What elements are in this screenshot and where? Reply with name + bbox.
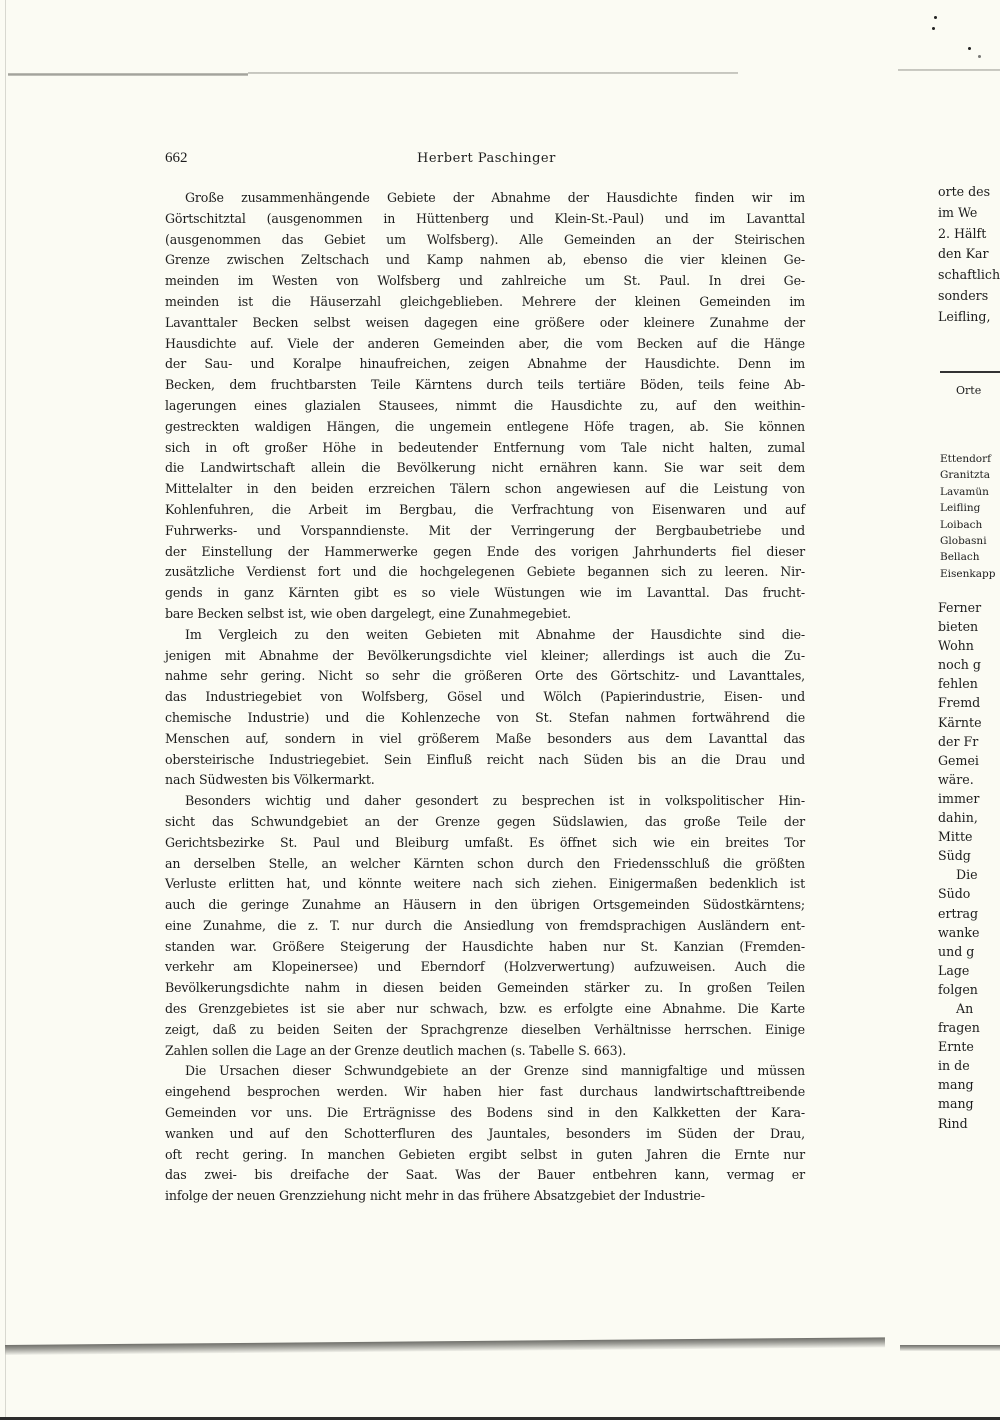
- text-line: Grenze zwischen Zeltschach und Kamp nahm…: [165, 250, 805, 271]
- text-line: nahme sehr gering. Nicht so sehr die grö…: [165, 666, 805, 687]
- facing-table-row: Globasni: [940, 533, 1000, 549]
- text-line: infolge der neuen Grenzziehung nicht meh…: [165, 1186, 805, 1207]
- text-line: das zwei- bis dreifache der Saat. Was de…: [165, 1165, 805, 1186]
- text-line: jenigen mit Abnahme der Bevölkerungsdich…: [165, 646, 805, 667]
- text-line: Mittelalter in den beiden erzreichen Täl…: [165, 479, 805, 500]
- text-line: eingehend besprochen werden. Wir haben h…: [165, 1082, 805, 1103]
- facing-text-line: mang: [938, 1094, 1000, 1113]
- text-line: der Sau- und Koralpe hinaufreichen, zeig…: [165, 354, 805, 375]
- facing-text-line: Südg: [938, 846, 1000, 865]
- running-head-author: Herbert Paschinger: [417, 151, 556, 166]
- body-text: Große zusammenhängende Gebiete der Abnah…: [165, 188, 805, 1207]
- text-line: Hausdichte auf. Viele der anderen Gemein…: [165, 334, 805, 355]
- text-line: meinden ist die Häuserzahl gleichgeblieb…: [165, 292, 805, 313]
- scan-top-edge: [8, 73, 248, 76]
- text-line: Die Ursachen dieser Schwundgebiete an de…: [165, 1061, 805, 1082]
- text-line: Große zusammenhängende Gebiete der Abnah…: [165, 188, 805, 209]
- text-line: auch die geringe Zunahme an Häusern in d…: [165, 895, 805, 916]
- facing-table: EttendorfGranitztaLavamünLeiflingLoibach…: [940, 451, 1000, 582]
- text-line: an derselben Stelle, an welcher Kärnten …: [165, 854, 805, 875]
- facing-text-line: der Fr: [938, 732, 1000, 751]
- facing-text-line: den Kar: [938, 244, 1000, 265]
- facing-text-line: Die: [938, 865, 1000, 884]
- text-line: Görtschitztal (ausgenommen in Hüttenberg…: [165, 209, 805, 230]
- facing-table-row: Ettendorf: [940, 451, 1000, 467]
- text-line: lagerungen eines glazialen Stausees, nim…: [165, 396, 805, 417]
- text-line: Besonders wichtig und daher gesondert zu…: [165, 791, 805, 812]
- scan-top-edge: [898, 69, 1000, 71]
- facing-table-row: Eisenkapp: [940, 566, 1000, 582]
- facing-page-text-lower: FernerbietenWohnnoch gfehlenFremdKärnted…: [938, 598, 1000, 1133]
- facing-text-line: Rind: [938, 1114, 1000, 1133]
- text-line: wanken und auf den Schotterfluren des Ja…: [165, 1124, 805, 1145]
- text-line: (ausgenommen das Gebiet um Wolfsberg). A…: [165, 230, 805, 251]
- facing-text-line: Ernte: [938, 1037, 1000, 1056]
- facing-table-row: Leifling: [940, 500, 1000, 516]
- facing-text-line: sonders: [938, 286, 1000, 307]
- facing-text-line: wäre.: [938, 770, 1000, 789]
- facing-text-line: Leifling,: [938, 307, 1000, 328]
- facing-text-line: in de: [938, 1056, 1000, 1075]
- facing-text-line: ertrag: [938, 904, 1000, 923]
- scan-speck: [934, 16, 937, 19]
- facing-text-line: Gemei: [938, 751, 1000, 770]
- facing-text-line: 2. Hälft: [938, 224, 1000, 245]
- scan-top-edge: [248, 72, 738, 74]
- scan-speck: [968, 47, 971, 50]
- facing-table-row: Granitzta: [940, 467, 1000, 483]
- scan-left-edge: [5, 0, 6, 1420]
- facing-table-row: Lavamün: [940, 484, 1000, 500]
- facing-table-row: Loibach: [940, 517, 1000, 533]
- facing-text-line: Kärnte: [938, 713, 1000, 732]
- text-line: des Grenzgebietes ist sie aber nur schwa…: [165, 999, 805, 1020]
- text-line: obersteirische Industriegebiet. Sein Ein…: [165, 750, 805, 771]
- facing-text-line: schaftlich: [938, 265, 1000, 286]
- paragraph-1: Große zusammenhängende Gebiete der Abnah…: [165, 188, 805, 625]
- facing-text-line: Wohn: [938, 636, 1000, 655]
- facing-text-line: dahin,: [938, 808, 1000, 827]
- paragraph-2: Im Vergleich zu den weiten Gebieten mit …: [165, 625, 805, 791]
- text-line: eine Zunahme, die z. T. nur durch die An…: [165, 916, 805, 937]
- facing-text-line: fragen: [938, 1018, 1000, 1037]
- text-line: Gerichtsbezirke St. Paul und Bleiburg um…: [165, 833, 805, 854]
- scan-speck: [978, 55, 981, 58]
- text-line: bare Becken selbst ist, wie oben dargele…: [165, 604, 805, 625]
- text-line: Becken, dem fruchtbarsten Teile Kärntens…: [165, 375, 805, 396]
- page-number: 662: [165, 150, 188, 167]
- facing-table-header: Orte: [956, 384, 1000, 397]
- text-line: meinden im Westen von Wolfsberg und zahl…: [165, 271, 805, 292]
- text-line: zeigt, daß zu beiden Seiten der Sprachgr…: [165, 1020, 805, 1041]
- paragraph-3: Besonders wichtig und daher gesondert zu…: [165, 791, 805, 1061]
- text-line: Im Vergleich zu den weiten Gebieten mit …: [165, 625, 805, 646]
- facing-text-line: bieten: [938, 617, 1000, 636]
- facing-text-line: Lage: [938, 961, 1000, 980]
- facing-page-rule: [940, 371, 1000, 373]
- facing-text-line: fehlen: [938, 674, 1000, 693]
- facing-table-row: Bellach: [940, 549, 1000, 565]
- page-662: 662 Herbert Paschinger Große zusammenhän…: [165, 150, 805, 1207]
- text-line: der Einstellung der Hammerwerke gegen En…: [165, 542, 805, 563]
- text-line: Verluste erlitten hat, und könnte weiter…: [165, 874, 805, 895]
- scan-speck: [932, 27, 935, 30]
- text-line: Menschen auf, sondern in viel größerem M…: [165, 729, 805, 750]
- text-line: Zahlen sollen die Lage an der Grenze deu…: [165, 1041, 805, 1062]
- facing-text-line: An: [938, 999, 1000, 1018]
- text-line: Lavanttaler Becken selbst weisen dagegen…: [165, 313, 805, 334]
- facing-text-line: Ferner: [938, 598, 1000, 617]
- facing-text-line: im We: [938, 203, 1000, 224]
- text-line: Kohlenfuhren, die Arbeit im Bergbau, die…: [165, 500, 805, 521]
- text-line: gestreckten waldigen Hängen, die ungemei…: [165, 417, 805, 438]
- text-line: Fuhrwerks- und Vorspanndienste. Mit der …: [165, 521, 805, 542]
- text-line: nach Südwesten bis Völkermarkt.: [165, 770, 805, 791]
- scan-bottom-edge: [900, 1345, 1000, 1351]
- facing-text-line: Südo: [938, 884, 1000, 903]
- facing-text-line: immer: [938, 789, 1000, 808]
- running-head: 662 Herbert Paschinger: [165, 150, 805, 174]
- facing-text-line: noch g: [938, 655, 1000, 674]
- text-line: verkehr am Klopeinersee) und Eberndorf (…: [165, 957, 805, 978]
- text-line: chemische Industrie) und die Kohlenzeche…: [165, 708, 805, 729]
- text-line: gends in ganz Kärnten gibt es so viele W…: [165, 583, 805, 604]
- facing-text-line: wanke: [938, 923, 1000, 942]
- facing-text-line: Fremd: [938, 693, 1000, 712]
- facing-page-text-top: orte desim We2. Hälftden Karschaftlichso…: [938, 182, 1000, 328]
- text-line: Bevölkerungsdichte nahm in diesen beiden…: [165, 978, 805, 999]
- facing-text-line: mang: [938, 1075, 1000, 1094]
- facing-text-line: folgen: [938, 980, 1000, 999]
- facing-text-line: orte des: [938, 182, 1000, 203]
- text-line: sich in oft großer Höhe in bedeutender E…: [165, 438, 805, 459]
- facing-text-line: Mitte: [938, 827, 1000, 846]
- scan-bottom-edge: [5, 1337, 885, 1355]
- text-line: standen war. Größere Steigerung der Haus…: [165, 937, 805, 958]
- text-line: oft recht gering. In manchen Gebieten er…: [165, 1145, 805, 1166]
- text-line: das Industriegebiet von Wolfsberg, Gösel…: [165, 687, 805, 708]
- text-line: sicht das Schwundgebiet an der Grenze ge…: [165, 812, 805, 833]
- text-line: Gemeinden vor uns. Die Erträgnisse des B…: [165, 1103, 805, 1124]
- text-line: die Landwirtschaft allein die Bevölkerun…: [165, 458, 805, 479]
- text-line: zusätzliche Verdienst fort und die hochg…: [165, 562, 805, 583]
- paragraph-4: Die Ursachen dieser Schwundgebiete an de…: [165, 1061, 805, 1207]
- facing-text-line: und g: [938, 942, 1000, 961]
